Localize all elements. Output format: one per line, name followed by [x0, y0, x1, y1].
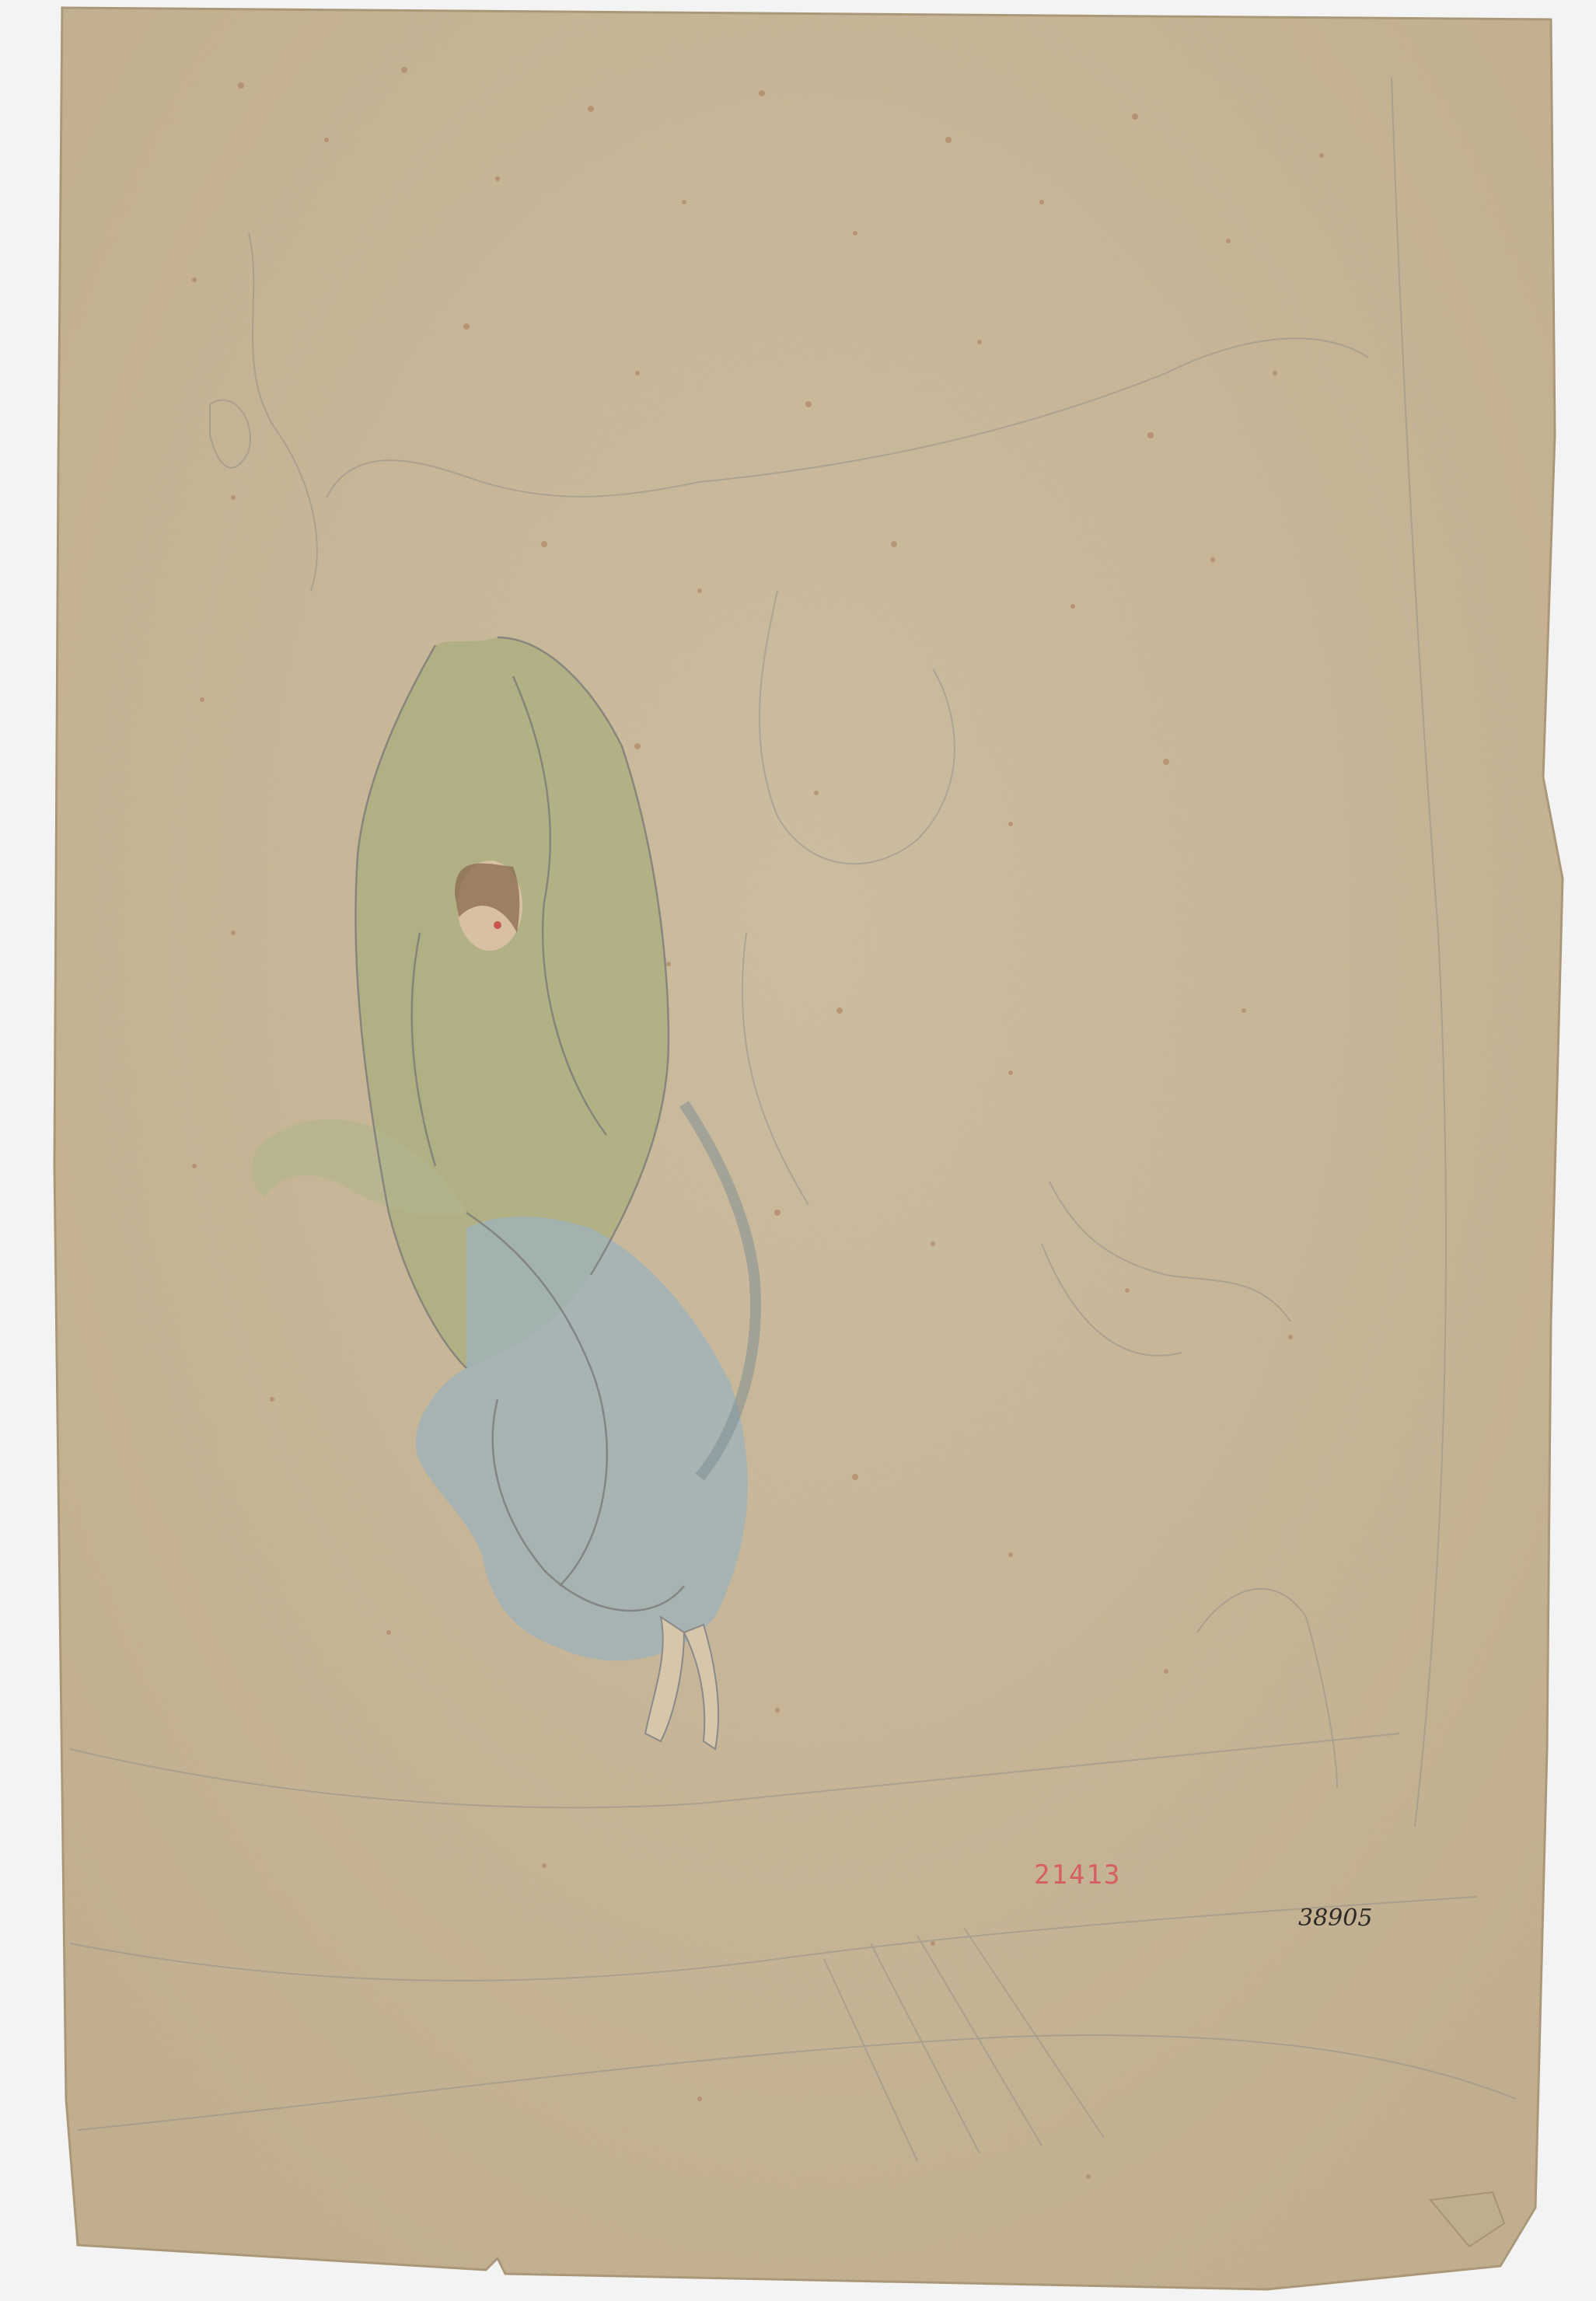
inventory-number: 38905	[1298, 1905, 1372, 1932]
collection-stamp: 21413	[1034, 1859, 1121, 1891]
artwork-canvas: 21413 38905	[0, 0, 1596, 2301]
drawing-svg	[0, 0, 1596, 2301]
